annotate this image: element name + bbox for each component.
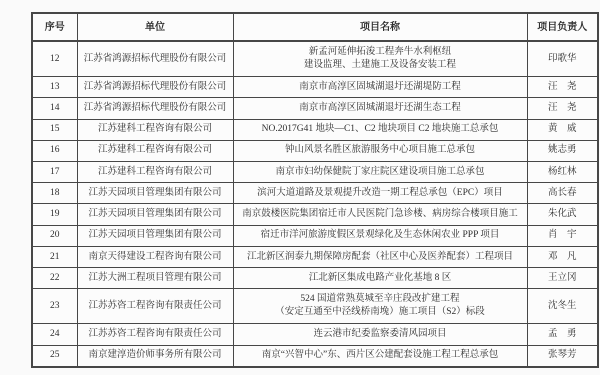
- cell-leader: 汪 尧: [527, 77, 598, 98]
- table-row: 24江苏苏咨工程咨询有限责任公司连云港市纪委监察委清风园项目孟 勇: [32, 324, 598, 345]
- cell-unit: 江苏建科工程咨询有限公司: [77, 162, 233, 183]
- col-header-unit: 单位: [77, 13, 233, 41]
- cell-leader: 朱化武: [527, 204, 598, 225]
- cell-leader: 印歌华: [527, 41, 598, 77]
- col-header-project-name: 项目名称: [233, 13, 527, 41]
- cell-project: 滨河大道道路及景观提升改造一期工程总承包（EPC）项目: [233, 183, 527, 204]
- table-row: 25南京建淳造价师事务所有限公司南京“兴智中心”东、西片区公建配套设施工程工程总…: [32, 345, 598, 367]
- table-row: 22江苏大洲工程项目管理有限公司江北新区集成电路产业化基地 8 区王立冈: [32, 268, 598, 289]
- cell-project: 南京市妇幼保健院丁家庄院区建设项目施工总承包: [233, 162, 527, 183]
- cell-leader: 黄 威: [527, 119, 598, 140]
- table-row: 17江苏建科工程咨询有限公司南京市妇幼保健院丁家庄院区建设项目施工总承包杨红林: [32, 162, 598, 183]
- cell-project: 524 国道常熟莫城至辛庄段改扩建工程 （安定互通至中泾线桥南堍）施工项目（S2…: [233, 289, 527, 324]
- table-row: 19江苏天园项目管理集团有限公司南京鼓楼医院集团宿迁市人民医院门急诊楼、病房综合…: [32, 204, 598, 225]
- cell-leader: 孟 勇: [527, 324, 598, 345]
- cell-project: 南京鼓楼医院集团宿迁市人民医院门急诊楼、病房综合楼项目施工: [233, 204, 527, 225]
- cell-no: 23: [32, 289, 77, 324]
- cell-no: 14: [32, 98, 77, 119]
- project-assignment-table: 序号 单位 项目名称 项目负责人 12江苏省鸿源招标代理股份有限公司新孟河延伸拓…: [31, 12, 599, 368]
- cell-no: 18: [32, 183, 77, 204]
- cell-no: 25: [32, 345, 77, 367]
- cell-project: 江北新区集成电路产业化基地 8 区: [233, 268, 527, 289]
- cell-unit: 江苏苏咨工程咨询有限责任公司: [77, 324, 233, 345]
- cell-no: 17: [32, 162, 77, 183]
- cell-project: 钟山风景名胜区旅游服务中心项目施工总承包: [233, 140, 527, 161]
- cell-unit: 南京天得建设工程咨询有限公司: [77, 246, 233, 267]
- cell-leader: 沈冬生: [527, 289, 598, 324]
- cell-unit: 江苏省鸿源招标代理股份有限公司: [77, 98, 233, 119]
- cell-project: NO.2017G41 地块—C1、C2 地块项目 C2 地块施工总承包: [233, 119, 527, 140]
- cell-leader: 张琴芳: [527, 345, 598, 367]
- table-row: 21南京天得建设工程咨询有限公司江北新区润泰九期保障房配套（社区中心及医养配套）…: [32, 246, 598, 267]
- table-row: 12江苏省鸿源招标代理股份有限公司新孟河延伸拓浚工程奔牛水利枢纽 建设监理、土建…: [32, 41, 598, 77]
- cell-unit: 南京建淳造价师事务所有限公司: [77, 345, 233, 367]
- cell-project: 南京“兴智中心”东、西片区公建配套设施工程工程总承包: [233, 345, 527, 367]
- table-row: 20江苏天园项目管理集团有限公司宿迁市洋河旅游度假区景观绿化及生态休闲农业 PP…: [32, 225, 598, 246]
- cell-no: 24: [32, 324, 77, 345]
- table-row: 14江苏省鸿源招标代理股份有限公司南京市高淳区固城湖退圩还湖生态工程汪 尧: [32, 98, 598, 119]
- cell-leader: 王立冈: [527, 268, 598, 289]
- cell-no: 20: [32, 225, 77, 246]
- col-header-serial-no: 序号: [32, 13, 77, 41]
- col-header-project-leader: 项目负责人: [527, 13, 598, 41]
- cell-project: 南京市高淳区固城湖退圩还湖堤防工程: [233, 77, 527, 98]
- table-row: 16江苏建科工程咨询有限公司钟山风景名胜区旅游服务中心项目施工总承包姚志勇: [32, 140, 598, 161]
- cell-leader: 邓 凡: [527, 246, 598, 267]
- cell-unit: 江苏建科工程咨询有限公司: [77, 119, 233, 140]
- cell-leader: 高长春: [527, 183, 598, 204]
- cell-no: 15: [32, 119, 77, 140]
- cell-no: 16: [32, 140, 77, 161]
- cell-no: 19: [32, 204, 77, 225]
- table-row: 15江苏建科工程咨询有限公司NO.2017G41 地块—C1、C2 地块项目 C…: [32, 119, 598, 140]
- cell-unit: 江苏省鸿源招标代理股份有限公司: [77, 77, 233, 98]
- cell-project: 宿迁市洋河旅游度假区景观绿化及生态休闲农业 PPP 项目: [233, 225, 527, 246]
- table-header-row: 序号 单位 项目名称 项目负责人: [32, 13, 598, 41]
- table-body: 12江苏省鸿源招标代理股份有限公司新孟河延伸拓浚工程奔牛水利枢纽 建设监理、土建…: [32, 41, 598, 367]
- cell-leader: 杨红林: [527, 162, 598, 183]
- cell-unit: 江苏天园项目管理集团有限公司: [77, 183, 233, 204]
- cell-leader: 汪 尧: [527, 98, 598, 119]
- cell-leader: 姚志勇: [527, 140, 598, 161]
- cell-project: 江北新区润泰九期保障房配套（社区中心及医养配套）工程项目: [233, 246, 527, 267]
- cell-unit: 江苏省鸿源招标代理股份有限公司: [77, 41, 233, 77]
- cell-unit: 江苏苏咨工程咨询有限责任公司: [77, 289, 233, 324]
- cell-no: 12: [32, 41, 77, 77]
- cell-unit: 江苏建科工程咨询有限公司: [77, 140, 233, 161]
- table-row: 18江苏天园项目管理集团有限公司滨河大道道路及景观提升改造一期工程总承包（EPC…: [32, 183, 598, 204]
- cell-project: 新孟河延伸拓浚工程奔牛水利枢纽 建设监理、土建施工及设备安装工程: [233, 41, 527, 77]
- cell-unit: 江苏大洲工程项目管理有限公司: [77, 268, 233, 289]
- cell-no: 21: [32, 246, 77, 267]
- cell-unit: 江苏天园项目管理集团有限公司: [77, 225, 233, 246]
- cell-project: 南京市高淳区固城湖退圩还湖生态工程: [233, 98, 527, 119]
- cell-leader: 肖 宇: [527, 225, 598, 246]
- cell-no: 13: [32, 77, 77, 98]
- cell-unit: 江苏天园项目管理集团有限公司: [77, 204, 233, 225]
- cell-no: 22: [32, 268, 77, 289]
- table-row: 23江苏苏咨工程咨询有限责任公司524 国道常熟莫城至辛庄段改扩建工程 （安定互…: [32, 289, 598, 324]
- document-table-page: 序号 单位 项目名称 项目负责人 12江苏省鸿源招标代理股份有限公司新孟河延伸拓…: [0, 0, 600, 375]
- table-row: 13江苏省鸿源招标代理股份有限公司南京市高淳区固城湖退圩还湖堤防工程汪 尧: [32, 77, 598, 98]
- cell-project: 连云港市纪委监察委清风园项目: [233, 324, 527, 345]
